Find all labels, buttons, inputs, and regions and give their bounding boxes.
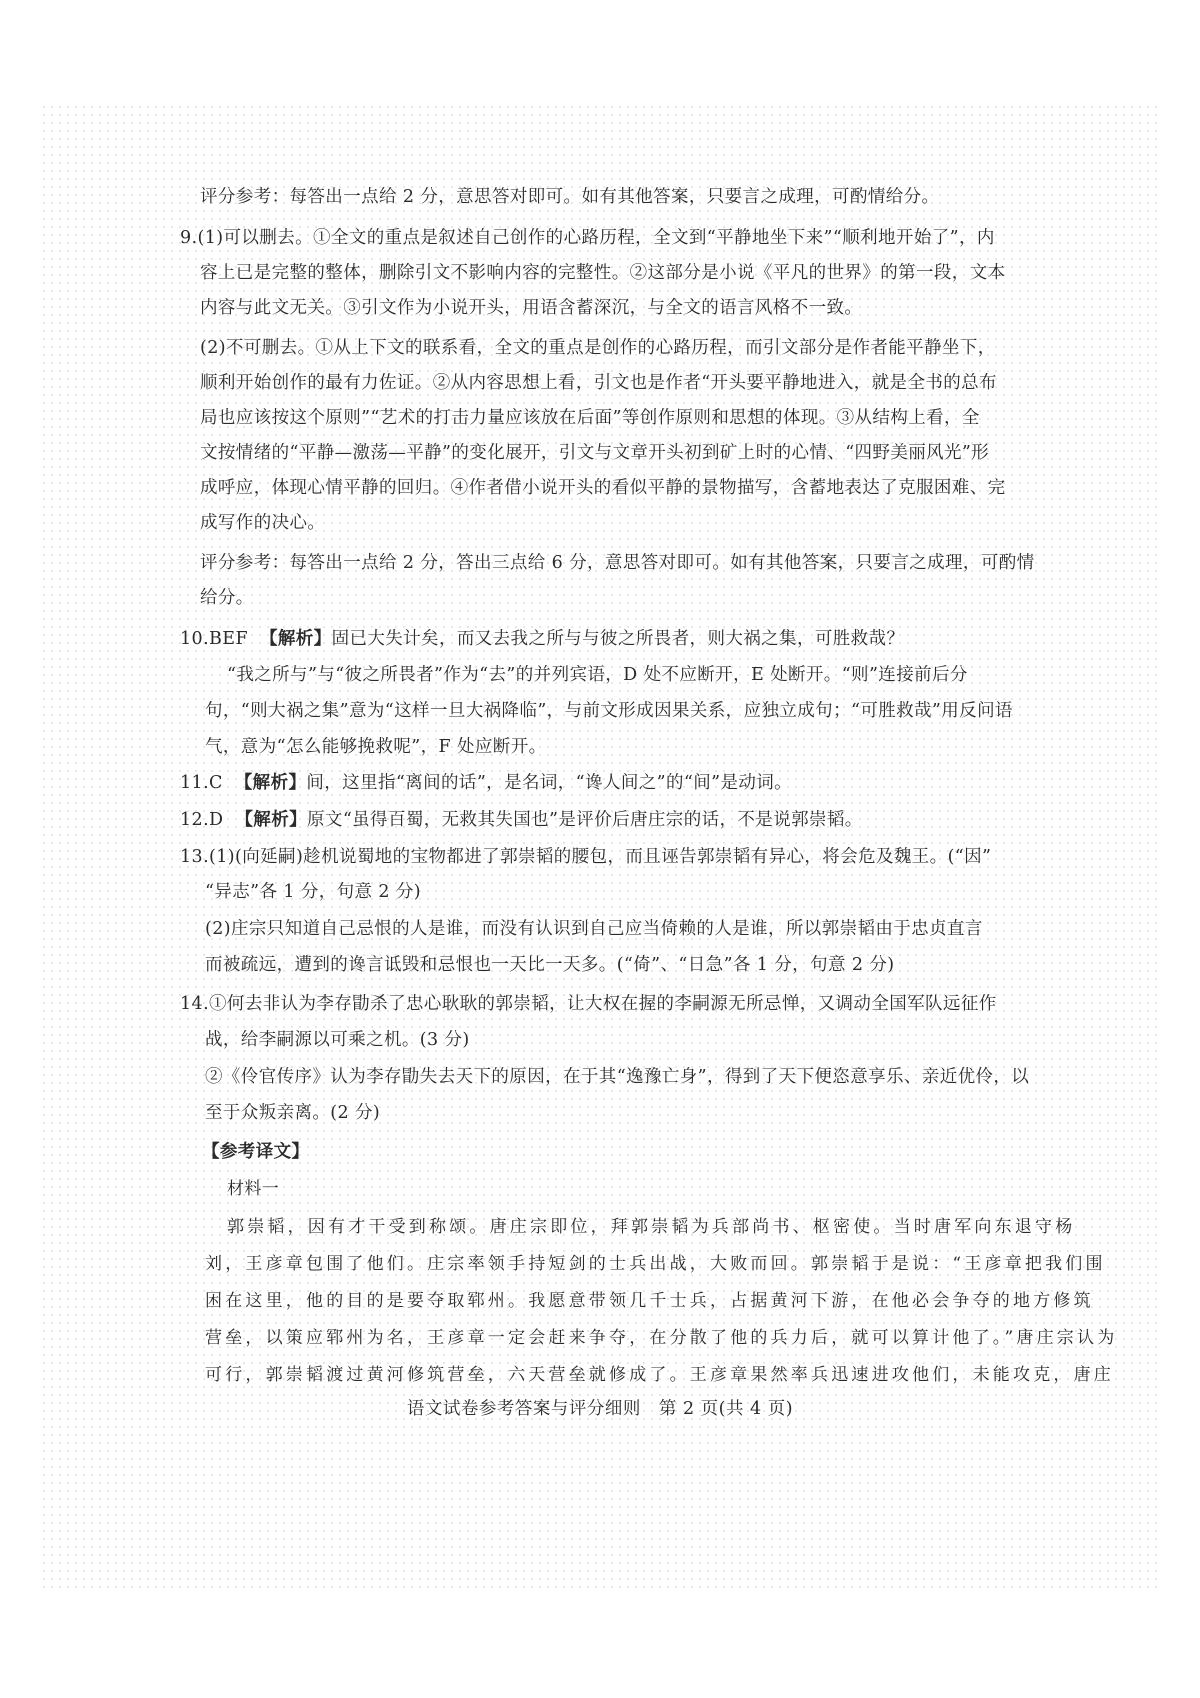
- page-number: 第 2 页(共 4 页): [659, 1399, 793, 1419]
- q12-answer: 12.D 【解析】原文“虽得百蜀，无救其失国也”是评价后唐庄宗的话，不是说郭崇韬…: [180, 809, 863, 831]
- q9-part2-line4: 文按情绪的“平静—激荡—平静”的变化展开，引文与文章开头初到矿上时的心情、“四野…: [200, 442, 989, 464]
- q13-part2-line1: (2)庄宗只知道自己忌恨的人是谁，而没有认识到自己应当倚赖的人是谁，所以郭崇韬由…: [205, 918, 983, 940]
- analysis-tag: 【解析】: [260, 629, 332, 649]
- q9-part2-line2: 顺利开始创作的最有力佐证。②从内容思想上看，引文也是作者“开头要平静地进入，就是…: [200, 372, 997, 394]
- q14-part1-line1: 14.①何去非认为李存勖杀了忠心耿耿的郭崇韬，让大权在握的李嗣源无所忌惮，又调动…: [180, 993, 997, 1015]
- question-number: 13.: [180, 847, 209, 867]
- q10-analysis-line3: 气，意为“怎么能够挽救呢”，F 处应断开。: [205, 736, 547, 758]
- analysis-tag: 【解析】: [235, 773, 307, 793]
- answer-choice: C: [209, 773, 223, 793]
- q9-part2-line6: 成写作的决心。: [200, 512, 325, 534]
- question-number: 9.: [180, 228, 198, 248]
- q10-analysis-line2: 句，“则大祸之集”意为“这样一旦大祸降临”，与前文形成因果关系，应独立成句；“可…: [205, 700, 1013, 722]
- q14-part1-line2: 战，给李嗣源以可乘之机。(3 分): [205, 1029, 470, 1051]
- q14-part2-line1: ②《伶官传序》认为李存勖失去天下的原因，在于其“逸豫亡身”，得到了天下便恣意享乐…: [205, 1066, 1029, 1088]
- question-number: 11.: [180, 773, 209, 793]
- scoring-note-q9-line2: 给分。: [200, 587, 254, 609]
- translation-line4: 营垒，以策应郓州为名，王彦章一定会赶来争夺，在分散了他的兵力后，就可以算计他了。…: [205, 1327, 1117, 1349]
- material-one-heading: 材料一: [227, 1178, 279, 1200]
- q10-analysis-line1: “我之所与”与“彼之所畏者”作为“去”的并列宾语，D 处不应断开，E 处断开。“…: [227, 664, 968, 686]
- q13-part1-line2: “异志”各 1 分，句意 2 分): [205, 881, 421, 903]
- q11-answer: 11.C 【解析】间，这里指“离间的话”，是名词，“谗人间之”的“间”是动词。: [180, 772, 792, 794]
- question-number: 12.: [180, 810, 209, 830]
- q9-part1-line1: 9.(1)可以删去。①全文的重点是叙述自己创作的心路历程，全文到“平静地坐下来”…: [180, 227, 995, 249]
- scoring-note-q8: 评分参考：每答出一点给 2 分，意思答对即可。如有其他答案，只要言之成理，可酌情…: [200, 186, 939, 208]
- footer-title: 语文试卷参考答案与评分细则: [407, 1399, 641, 1419]
- answer-key-page: 评分参考：每答出一点给 2 分，意思答对即可。如有其他答案，只要言之成理，可酌情…: [0, 0, 1200, 1698]
- q9-part2-line1: (2)不可删去。①从上下文的联系看，全文的重点是创作的心路历程，而引文部分是作者…: [200, 337, 996, 359]
- translation-line3: 困在这里，他的目的是要夺取郓州。我愿意带领几千士兵，占据黄河下游，在他必会争夺的…: [205, 1290, 1094, 1312]
- scoring-note-q9-line1: 评分参考：每答出一点给 2 分，答出三点给 6 分，意思答对即可。如有其他答案，…: [200, 552, 1035, 574]
- q10-answer: 10.BEF 【解析】固已大失计矣，而又去我之所与与彼之所畏者，则大祸之集，可胜…: [180, 628, 904, 650]
- q9-part2-line3: 局也应该按这个原则”“艺术的打击力量应该放在后面”等创作原则和思想的体现。③从结…: [200, 407, 980, 429]
- question-number: 10.: [180, 629, 209, 649]
- translation-line1: 郭崇韬，因有才干受到称颂。唐庄宗即位，拜郭崇韬为兵部尚书、枢密使。当时唐军向东退…: [227, 1216, 1075, 1238]
- answer-choice: BEF: [209, 629, 248, 649]
- q9-part1-line3: 内容与此文无关。③引文作为小说开头，用语含蓄深沉，与全文的语言风格不一致。: [200, 297, 862, 319]
- q13-part2-line2: 而被疏远，遭到的谗言诋毁和忌恨也一天比一天多。(“倚”、“日急”各 1 分，句意…: [205, 954, 894, 976]
- q9-part1-line2: 容上已是完整的整体，删除引文不影响内容的完整性。②这部分是小说《平凡的世界》的第…: [200, 262, 1006, 284]
- q9-part2-line5: 成呼应，体现心情平静的回归。④作者借小说开头的看似平静的景物描写，含蓄地表达了克…: [200, 477, 1006, 499]
- q13-part1-line1: 13.(1)(向延嗣)趁机说蜀地的宝物都进了郭崇韬的腰包，而且诬告郭崇韬有异心，…: [180, 846, 991, 868]
- question-number: 14.: [180, 994, 209, 1014]
- analysis-tag: 【解析】: [235, 810, 307, 830]
- page-footer: 语文试卷参考答案与评分细则第 2 页(共 4 页): [0, 1398, 1200, 1420]
- reference-translation-heading: 【参考译文】: [202, 1141, 309, 1163]
- translation-line5: 可行，郭崇韬渡过黄河修筑营垒，六天营垒就修成了。王彦章果然率兵迅速进攻他们，未能…: [205, 1364, 1114, 1386]
- answer-choice: D: [209, 810, 223, 830]
- translation-line2: 刘，王彦章包围了他们。庄宗率领手持短剑的士兵出战，大败而回。郭崇韬于是说：“王彦…: [205, 1253, 1106, 1275]
- q14-part2-line2: 至于众叛亲离。(2 分): [205, 1102, 380, 1124]
